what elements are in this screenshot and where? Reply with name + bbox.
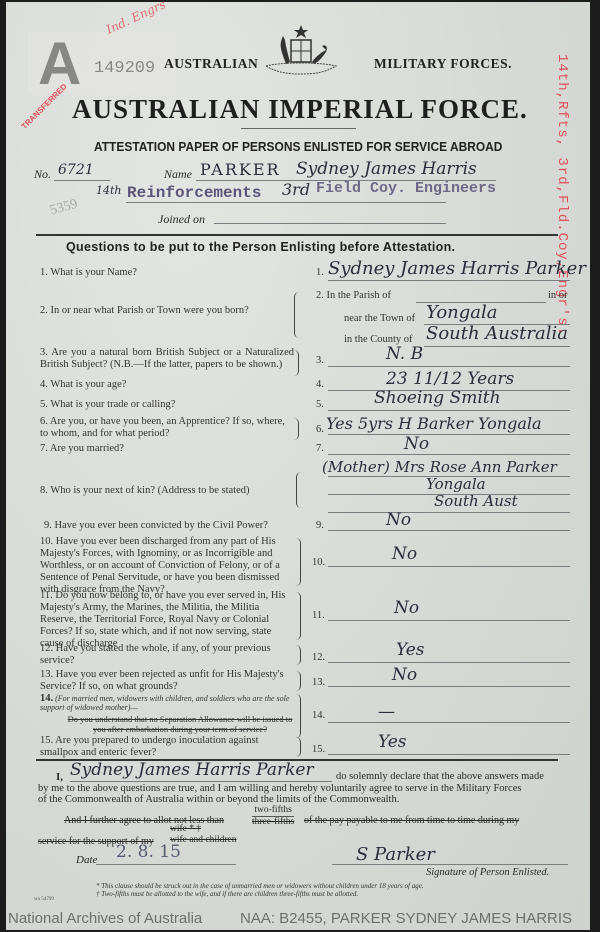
- answer-12-number: 12.: [312, 652, 325, 663]
- answer-13: No: [392, 665, 417, 685]
- date-value: 2. 8. 15: [116, 842, 181, 862]
- main-title: AUSTRALIAN IMPERIAL FORCE.: [72, 94, 528, 125]
- question-14-note: 14. (For married men, widowers with chil…: [40, 694, 294, 712]
- question-10: 10. Have you ever been discharged from a…: [40, 536, 294, 596]
- answer-5-number: 5.: [316, 399, 324, 410]
- declaration-prefix: I,: [56, 771, 63, 783]
- parish-label: 2. In the Parish of: [316, 290, 391, 301]
- county-value: South Australia: [426, 323, 568, 344]
- footnotes: * This clause should be struck out in th…: [96, 882, 424, 898]
- allot-clause-2: of the pay payable to me from time to ti…: [304, 815, 519, 826]
- question-13: 13. Have you ever been rejected as unfit…: [40, 669, 294, 693]
- joined-field: [214, 223, 446, 224]
- surname-value: PARKER: [200, 160, 281, 179]
- questions-heading: Questions to be put to the Person Enlist…: [66, 240, 455, 254]
- declaration-text-1: do solemnly declare that the above answe…: [336, 771, 544, 782]
- answer-9: No: [386, 510, 411, 530]
- question-8: 8. Who is your next of kin? (Address to …: [40, 485, 249, 497]
- given-names-value: Sydney James Harris: [296, 159, 477, 179]
- answer-3: N. B: [386, 344, 423, 364]
- question-7: 7. Are you married?: [40, 443, 124, 455]
- unit-prefix: 14th: [96, 184, 122, 197]
- answer-1-number: 1.: [316, 267, 324, 278]
- question-14: Do you understand that no Separation All…: [66, 714, 294, 734]
- subtitle: ATTESTATION PAPER OF PERSONS ENLISTED FO…: [94, 139, 502, 154]
- answer-15: Yes: [378, 732, 407, 752]
- answer-10: No: [392, 544, 417, 564]
- name-label: Name: [164, 167, 192, 182]
- answer-4-number: 4.: [316, 379, 324, 390]
- in-or-label: in or: [548, 290, 568, 301]
- unit-stamp-2: Field Coy. Engineers: [316, 180, 496, 197]
- left-title: AUSTRALIAN: [164, 56, 258, 72]
- answer-10-number: 10.: [312, 557, 325, 568]
- signature-label: Signature of Person Enlisted.: [426, 867, 549, 878]
- no-value: 6721: [58, 162, 94, 178]
- next-of-kin-line-2: Yongala: [426, 475, 486, 493]
- date-label: Date: [76, 854, 97, 866]
- question-12: 12. Have you stated the whole, if any, o…: [40, 643, 294, 667]
- pencil-number: 5359: [48, 197, 79, 220]
- fraction-options: two-fifths three-fifths: [252, 805, 294, 828]
- town-label: near the Town of: [344, 313, 415, 324]
- question-2: 2. In or near what Parish or Town were y…: [40, 305, 249, 317]
- archive-name: National Archives of Australia: [8, 910, 202, 927]
- archive-reference: NAA: B2455, PARKER SYDNEY JAMES HARRIS: [240, 910, 572, 927]
- answer-15-number: 15.: [312, 744, 325, 755]
- question-6: 6. Are you, or have you been, an Apprent…: [40, 416, 294, 440]
- declaration-name: Sydney James Harris Parker: [70, 760, 314, 780]
- question-4: 4. What is your age?: [40, 379, 126, 391]
- form-code: wo 54799: [34, 897, 54, 902]
- question-9: 9. Have you ever been convicted by the C…: [44, 520, 268, 532]
- answer-14: —: [378, 702, 395, 722]
- answer-6: Yes 5yrs H Barker Yongala: [326, 414, 542, 433]
- answer-13-number: 13.: [312, 677, 325, 688]
- answer-5: Shoeing Smith: [374, 388, 501, 408]
- answer-4: 23 11/12 Years: [386, 369, 514, 389]
- answer-6-number: 6.: [316, 424, 324, 435]
- answer-1: Sydney James Harris Parker: [328, 258, 586, 279]
- signature-value: S Parker: [356, 844, 435, 865]
- answer-7: No: [404, 434, 429, 454]
- answer-14-number: 14.: [312, 710, 325, 721]
- right-title: MILITARY FORCES.: [374, 56, 512, 72]
- next-of-kin-line-1: (Mother) Mrs Rose Ann Parker: [322, 458, 557, 476]
- unit-handwritten: 3rd: [282, 180, 310, 199]
- declaration-text-2: by me to the above questions are true, a…: [38, 783, 562, 805]
- town-value: Yongala: [426, 302, 498, 323]
- title-rule: [241, 128, 356, 129]
- answer-12: Yes: [396, 640, 425, 660]
- barcode-number: 149209: [94, 59, 155, 78]
- question-11: 11. Do you now belong to, or have you ev…: [40, 590, 294, 650]
- heading-rule: [36, 234, 558, 236]
- no-label: No.: [34, 167, 51, 182]
- answer-11-number: 11.: [312, 610, 325, 621]
- question-1: 1. What is your Name?: [40, 267, 137, 279]
- joined-label: Joined on: [158, 212, 205, 227]
- answer-11: No: [394, 598, 419, 618]
- unit-stamp: Reinforcements: [127, 184, 261, 202]
- question-5: 5. What is your trade or calling?: [40, 399, 175, 411]
- question-3: 3. Are you a natural born British Subjec…: [40, 347, 294, 371]
- coat-of-arms-icon: [256, 22, 346, 80]
- attestation-paper: A 149209 Ind. Engrs AUSTRALIAN MILITARY …: [6, 2, 590, 930]
- archive-footer: National Archives of Australia NAA: B245…: [0, 908, 600, 932]
- answer-9-number: 9.: [316, 520, 324, 531]
- answer-3-number: 3.: [316, 355, 324, 366]
- question-15: 15. Are you prepared to undergo inoculat…: [40, 735, 294, 759]
- next-of-kin-line-3: South Aust: [434, 492, 518, 510]
- answer-7-number: 7.: [316, 443, 324, 454]
